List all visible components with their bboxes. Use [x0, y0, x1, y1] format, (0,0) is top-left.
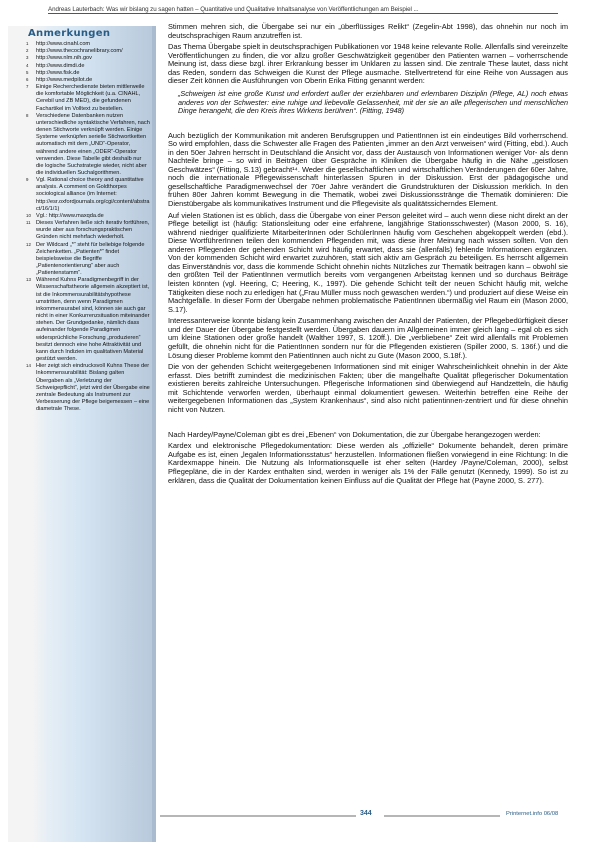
endnote-link[interactable]: Vgl.: http://www.maxqda.de — [36, 213, 150, 220]
endnote-text: Während Kuhns Paradigmenbegriff in der W… — [36, 277, 150, 363]
footer-rule — [160, 815, 356, 817]
endnote-text: Vgl. Rational choice theory and quantita… — [36, 177, 150, 213]
endnote: 4http://www.dimdi.de — [26, 63, 150, 70]
endnotes-title: Anmerkungen — [28, 30, 150, 37]
endnote: 8Verschiedene Datenbanken nutzen untersc… — [26, 113, 150, 177]
article-body: Stimmen mehren sich, die Übergabe sei nu… — [168, 23, 568, 488]
endnote: 6http://www.medpilot.de — [26, 77, 150, 84]
endnote-number: 6 — [26, 77, 36, 84]
paragraph: Das Thema Übergabe spielt in deutschspra… — [168, 43, 568, 86]
endnote: 9Vgl. Rational choice theory and quantit… — [26, 177, 150, 213]
journal-name: Printernet.info 06/08 — [506, 811, 558, 817]
endnote: 14Hier zeigt sich eindrucksvoll Kuhns Th… — [26, 363, 150, 413]
endnote-link[interactable]: http://www.fisk.de — [36, 70, 150, 77]
endnote: 1http://www.cinahl.com — [26, 41, 150, 48]
endnote-link[interactable]: http://www.dimdi.de — [36, 63, 150, 70]
endnote-text: Einige Recherchedienste bieten mittlerwe… — [36, 84, 150, 113]
endnote: 7Einige Recherchedienste bieten mittlerw… — [26, 84, 150, 113]
endnote: 2http://www.thecochranelibrary.com/ — [26, 48, 150, 55]
endnote-number: 12 — [26, 242, 36, 278]
endnote-text: Verschiedene Datenbanken nutzen untersch… — [36, 113, 150, 177]
endnote: 11Dieses Verfahren ließe sich iterativ f… — [26, 220, 150, 241]
endnote-number: 1 — [26, 41, 36, 48]
endnote: 3http://www.nlm.nih.gov — [26, 55, 150, 62]
running-header: Andreas Lauterbach: Was wir bislang zu s… — [48, 6, 558, 14]
endnote-link[interactable]: http://www.nlm.nih.gov — [36, 55, 150, 62]
endnote: 12Der Wildcard „*“ steht für beliebige f… — [26, 242, 150, 278]
endnote-link[interactable]: http://www.medpilot.de — [36, 77, 150, 84]
endnote-number: 14 — [26, 363, 36, 413]
endnote-number: 10 — [26, 213, 36, 220]
endnote-text: Dieses Verfahren ließe sich iterativ for… — [36, 220, 150, 241]
endnote-number: 8 — [26, 113, 36, 177]
endnote: 10Vgl.: http://www.maxqda.de — [26, 213, 150, 220]
paragraph: Auch bezüglich der Kommunikation mit and… — [168, 132, 568, 209]
footer-rule — [384, 815, 500, 817]
endnote-number: 9 — [26, 177, 36, 213]
endnote-number: 4 — [26, 63, 36, 70]
endnote-text: Der Wildcard „*“ steht für beliebige fol… — [36, 242, 150, 278]
page-footer: 344 Printernet.info 06/08 — [160, 810, 580, 822]
endnote-number: 2 — [26, 48, 36, 55]
endnote-number: 7 — [26, 84, 36, 113]
paragraph: Kardex und elektronische Pflegedokumenta… — [168, 442, 568, 485]
paragraph: Interessanterweise konnte bislang kein Z… — [168, 317, 568, 360]
block-quote: „Schweigen ist eine große Kunst und erfo… — [178, 90, 568, 116]
endnote-number: 3 — [26, 55, 36, 62]
endnote-number: 11 — [26, 220, 36, 241]
endnote: 5http://www.fisk.de — [26, 70, 150, 77]
endnote-number: 13 — [26, 277, 36, 363]
endnote-link[interactable]: http://www.thecochranelibrary.com/ — [36, 48, 150, 55]
endnote-text: Hier zeigt sich eindrucksvoll Kuhns Thes… — [36, 363, 150, 413]
paragraph: Die von der gehenden Schicht weitergegeb… — [168, 363, 568, 414]
paragraph: Stimmen mehren sich, die Übergabe sei nu… — [168, 23, 568, 40]
endnotes-sidebar: Anmerkungen 1http://www.cinahl.com 2http… — [26, 30, 150, 413]
endnote-number: 5 — [26, 70, 36, 77]
endnote: 13Während Kuhns Paradigmenbegriff in der… — [26, 277, 150, 363]
endnote-link[interactable]: http://www.cinahl.com — [36, 41, 150, 48]
paragraph: Auf vielen Stationen ist es üblich, dass… — [168, 212, 568, 315]
page-number: 344 — [360, 810, 372, 817]
paragraph: Nach Hardey/Payne/Coleman gibt es drei „… — [168, 431, 568, 440]
